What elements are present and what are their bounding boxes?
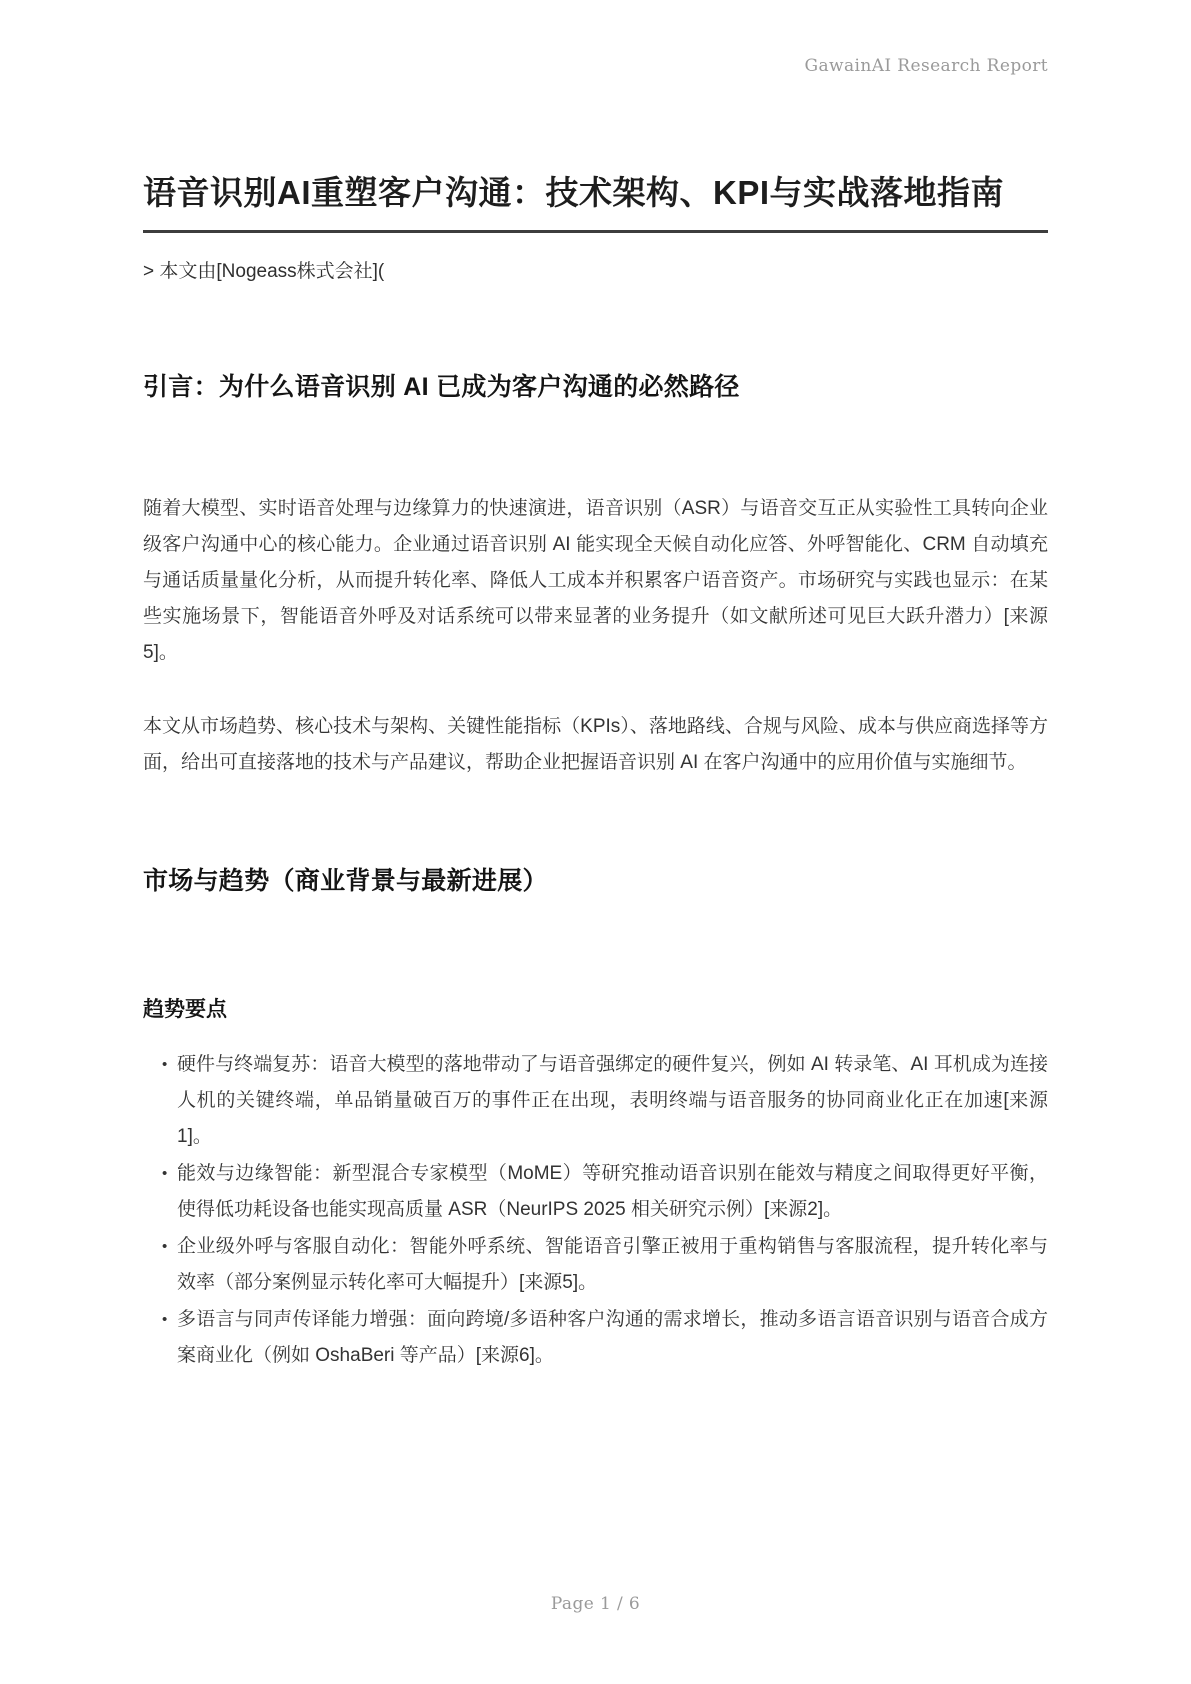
page-number: Page 1 / 6 bbox=[0, 1594, 1191, 1614]
section-heading-intro: 引言：为什么语音识别 AI 已成为客户沟通的必然路径 bbox=[143, 369, 1048, 405]
bullet-text: 硬件与终端复苏：语音大模型的落地带动了与语音强绑定的硬件复兴，例如 AI 转录笔… bbox=[177, 1047, 1048, 1155]
subsection-heading-trends: 趋势要点 bbox=[143, 995, 1048, 1025]
bullet-icon: • bbox=[162, 1156, 177, 1228]
list-item: • 能效与边缘智能：新型混合专家模型（MoME）等研究推动语音识别在能效与精度之… bbox=[162, 1156, 1048, 1228]
byline-text: > 本文由[Nogeass株式会社]( bbox=[143, 257, 1048, 287]
bullet-icon: • bbox=[162, 1302, 177, 1374]
bullet-icon: • bbox=[162, 1229, 177, 1301]
bullet-text: 能效与边缘智能：新型混合专家模型（MoME）等研究推动语音识别在能效与精度之间取… bbox=[177, 1156, 1048, 1228]
intro-paragraph-2: 本文从市场趋势、核心技术与架构、关键性能指标（KPIs）、落地路线、合规与风险、… bbox=[143, 709, 1048, 781]
intro-paragraph-1: 随着大模型、实时语音处理与边缘算力的快速演进，语音识别（ASR）与语音交互正从实… bbox=[143, 491, 1048, 671]
section-heading-market: 市场与趋势（商业背景与最新进展） bbox=[143, 863, 1048, 899]
list-item: • 硬件与终端复苏：语音大模型的落地带动了与语音强绑定的硬件复兴，例如 AI 转… bbox=[162, 1047, 1048, 1155]
page-title: 语音识别AI重塑客户沟通：技术架构、KPI与实战落地指南 bbox=[143, 164, 1048, 222]
bullet-icon: • bbox=[162, 1047, 177, 1155]
bullet-text: 多语言与同声传译能力增强：面向跨境/多语种客户沟通的需求增长，推动多语言语音识别… bbox=[177, 1302, 1048, 1374]
bullet-text: 企业级外呼与客服自动化：智能外呼系统、智能语音引擎正被用于重构销售与客服流程，提… bbox=[177, 1229, 1048, 1301]
document-body: 语音识别AI重塑客户沟通：技术架构、KPI与实战落地指南 > 本文由[Nogea… bbox=[143, 164, 1048, 1374]
list-item: • 多语言与同声传译能力增强：面向跨境/多语种客户沟通的需求增长，推动多语言语音… bbox=[162, 1302, 1048, 1374]
list-item: • 企业级外呼与客服自动化：智能外呼系统、智能语音引擎正被用于重构销售与客服流程… bbox=[162, 1229, 1048, 1301]
trend-bullet-list: • 硬件与终端复苏：语音大模型的落地带动了与语音强绑定的硬件复兴，例如 AI 转… bbox=[143, 1047, 1048, 1374]
report-header-label: GawainAI Research Report bbox=[805, 56, 1049, 76]
title-divider bbox=[143, 230, 1048, 233]
